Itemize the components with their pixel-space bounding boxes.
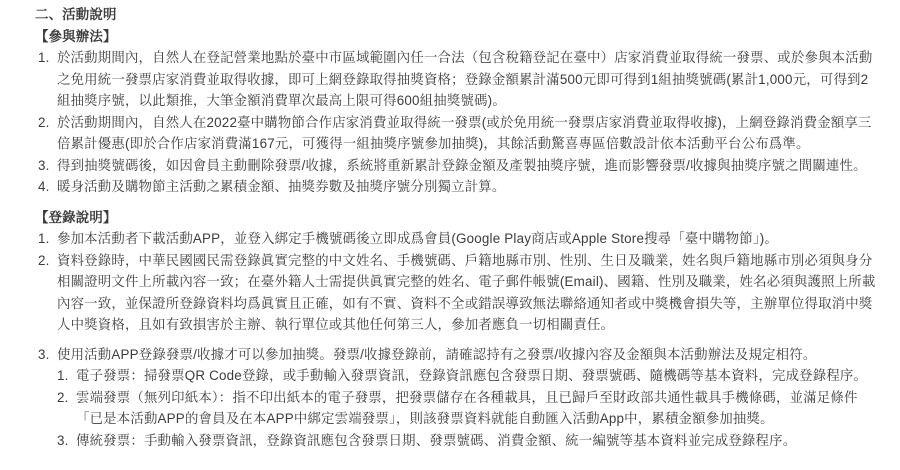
- sub-list-item: 2. 雲端發票（無列印紙本）：指不印出紙本的電子發票，把發票儲存在各種載具，且已…: [57, 387, 878, 430]
- sub-list-item-number: 2.: [57, 387, 76, 409]
- registration-items: 1. 參加本活動者下載活動APP，並登入綁定手機號碼後立即成爲會員(Google…: [35, 228, 878, 451]
- list-item-main: 3. 使用活動APP登錄發票/收據才可以參加抽獎。發票/收據登錄前，請確認持有之…: [38, 344, 878, 366]
- list-item: 4. 暖身活動及購物節主活動之累積金額、抽獎券數及抽獎序號分別獨立計算。: [38, 176, 878, 198]
- list-item-text: 使用活動APP登錄發票/收據才可以參加抽獎。發票/收據登錄前，請確認持有之發票/…: [57, 344, 878, 366]
- list-item-number: 3.: [38, 155, 57, 177]
- list-item-number: 4.: [38, 176, 57, 198]
- list-item-number: 3.: [38, 344, 57, 366]
- sub-list-item-text: 雲端發票（無列印紙本）：指不印出紙本的電子發票，把發票儲存在各種載具，且已歸戶至…: [76, 387, 878, 430]
- section-heading-participation: 【參與辦法】: [35, 26, 878, 48]
- list-item: 1. 於活動期間內，自然人在登記營業地點於臺中市區域範圍內任一合法（包含稅籍登記…: [38, 47, 878, 112]
- sub-list-item-number: 1.: [57, 365, 76, 387]
- list-item: 1. 參加本活動者下載活動APP，並登入綁定手機號碼後立即成爲會員(Google…: [38, 228, 878, 250]
- sub-list-item: 3. 傳統發票：手動輸入發票資訊，登錄資訊應包含發票日期、發票號碼、消費金額、統…: [57, 430, 878, 452]
- list-item-number: 2.: [38, 250, 57, 272]
- sub-list-item-text: 電子發票：掃發票QR Code登錄，或手動輸入發票資訊，登錄資訊應包含發票日期、…: [76, 365, 878, 387]
- list-item: 3. 得到抽獎號碼後，如因會員主動刪除發票/收據，系統將重新累計登錄金額及產製抽…: [38, 155, 878, 177]
- list-item: 2. 於活動期間內，自然人在2022臺中購物節合作店家消費並取得統一發票(或於免…: [38, 112, 878, 155]
- sub-list-item-number: 3.: [57, 430, 76, 452]
- list-item-number: 2.: [38, 112, 57, 134]
- participation-items: 1. 於活動期間內，自然人在登記營業地點於臺中市區域範圍內任一合法（包含稅籍登記…: [35, 47, 878, 198]
- activity-description-document: 二、活動說明 【參與辦法】 1. 於活動期間內，自然人在登記營業地點於臺中市區域…: [0, 0, 900, 451]
- sub-list-item-text: 傳統發票：手動輸入發票資訊，登錄資訊應包含發票日期、發票號碼、消費金額、統一編號…: [76, 430, 878, 452]
- section-heading-registration: 【登錄說明】: [35, 207, 878, 229]
- list-item-text: 參加本活動者下載活動APP，並登入綁定手機號碼後立即成爲會員(Google Pl…: [57, 228, 878, 250]
- list-item-text: 於活動期間內，自然人在登記營業地點於臺中市區域範圍內任一合法（包含稅籍登記在臺中…: [57, 47, 878, 112]
- sub-list-item: 1. 電子發票：掃發票QR Code登錄，或手動輸入發票資訊，登錄資訊應包含發票…: [57, 365, 878, 387]
- section-registration: 【登錄說明】 1. 參加本活動者下載活動APP，並登入綁定手機號碼後立即成爲會員…: [35, 207, 878, 452]
- doc-title: 二、活動說明: [35, 4, 878, 26]
- list-item-text: 於活動期間內，自然人在2022臺中購物節合作店家消費並取得統一發票(或於免用統一…: [57, 112, 878, 155]
- list-item: 3. 使用活動APP登錄發票/收據才可以參加抽獎。發票/收據登錄前，請確認持有之…: [38, 344, 878, 452]
- list-item-number: 1.: [38, 47, 57, 69]
- invoice-type-sublist: 1. 電子發票：掃發票QR Code登錄，或手動輸入發票資訊，登錄資訊應包含發票…: [57, 365, 878, 451]
- list-item-text: 得到抽獎號碼後，如因會員主動刪除發票/收據，系統將重新累計登錄金額及產製抽獎序號…: [57, 155, 878, 177]
- list-item-text: 資料登錄時，中華民國國民需登錄眞實完整的中文姓名、手機號碼、戶籍地縣市別、性別、…: [57, 250, 878, 336]
- section-participation: 【參與辦法】 1. 於活動期間內，自然人在登記營業地點於臺中市區域範圍內任一合法…: [35, 26, 878, 198]
- list-item: 2. 資料登錄時，中華民國國民需登錄眞實完整的中文姓名、手機號碼、戶籍地縣市別、…: [38, 250, 878, 336]
- list-item-number: 1.: [38, 228, 57, 250]
- list-item-text: 暖身活動及購物節主活動之累積金額、抽獎券數及抽獎序號分別獨立計算。: [57, 176, 878, 198]
